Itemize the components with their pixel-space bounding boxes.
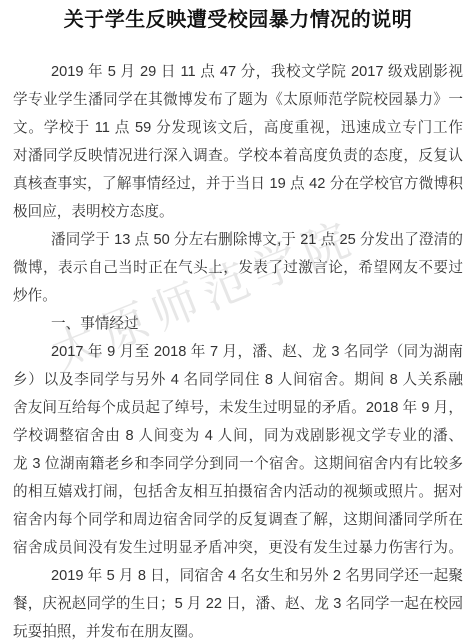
text-line: 学专业学生潘同学在其微博发布了题为《太原师范学院校园暴力》一 <box>13 86 463 114</box>
document-title: 关于学生反映遭受校园暴力情况的说明 <box>0 0 476 33</box>
text-line: 学校调整宿舍由 8 人间变为 4 人间，同为戏剧影视文学专业的潘、赵、 <box>13 422 463 450</box>
text-line: 微博，表示自己当时正在气头上，发表了过激言论，希望网友不要过多 <box>13 254 463 282</box>
document-page: 太原师范学院 关于学生反映遭受校园暴力情况的说明 2019 年 5 月 29 日… <box>0 0 476 643</box>
text-line: 宿舍成员间没有发生过明显矛盾冲突，更没有发生过暴力伤害行为。 <box>13 534 463 562</box>
text-line: 的相互嬉戏打闹，包括舍友相互拍摄宿舍内活动的视频或照片。据对 <box>13 478 463 506</box>
text-line: 玩耍拍照，并发布在朋友圈。 <box>13 618 463 643</box>
text-line: 文。学校于 11 点 59 分发现该文后，高度重视，迅速成立专门工作组， <box>13 114 463 142</box>
text-line: 炒作。 <box>13 282 463 310</box>
text-line: 龙 3 位湖南籍老乡和李同学分到同一个宿舍。这期间宿舍内有比较多 <box>13 450 463 478</box>
text-line: 宿舍内每个同学和周边宿舍同学的反复调查了解，这期间潘同学所在 <box>13 506 463 534</box>
text-line: 2019 年 5 月 29 日 11 点 47 分，我校文学院 2017 级戏剧… <box>13 58 463 86</box>
text-line: 真核查事实，了解事情经过，并于当日 19 点 42 分在学校官方微博积 <box>13 170 463 198</box>
text-line: 对潘同学反映情况进行深入调查。学校本着高度负责的态度，反复认 <box>13 142 463 170</box>
text-line: 潘同学于 13 点 50 分左右删除博文,于 21 点 25 分发出了澄清的 <box>13 226 463 254</box>
text-line: 舍友间互给每个成员起了绰号，未发生过明显的矛盾。2018 年 9 月， <box>13 394 463 422</box>
text-line: 乡）以及李同学与另外 4 名同学同住 8 人间宿舍。期间 8 人关系融洽， <box>13 366 463 394</box>
text-line: 极回应，表明校方态度。 <box>13 198 463 226</box>
document-lines: 2019 年 5 月 29 日 11 点 47 分，我校文学院 2017 级戏剧… <box>13 58 463 643</box>
text-line: 餐，庆祝赵同学的生日；5 月 22 日，潘、赵、龙 3 名同学一起在校园内 <box>13 590 463 618</box>
text-line: 2019 年 5 月 8 日，同宿舍 4 名女生和另外 2 名男同学还一起聚 <box>13 562 463 590</box>
text-line: 2017 年 9 月至 2018 年 7 月，潘、赵、龙 3 名同学（同为湖南籍… <box>13 338 463 366</box>
text-line: 一、事情经过 <box>13 310 463 338</box>
